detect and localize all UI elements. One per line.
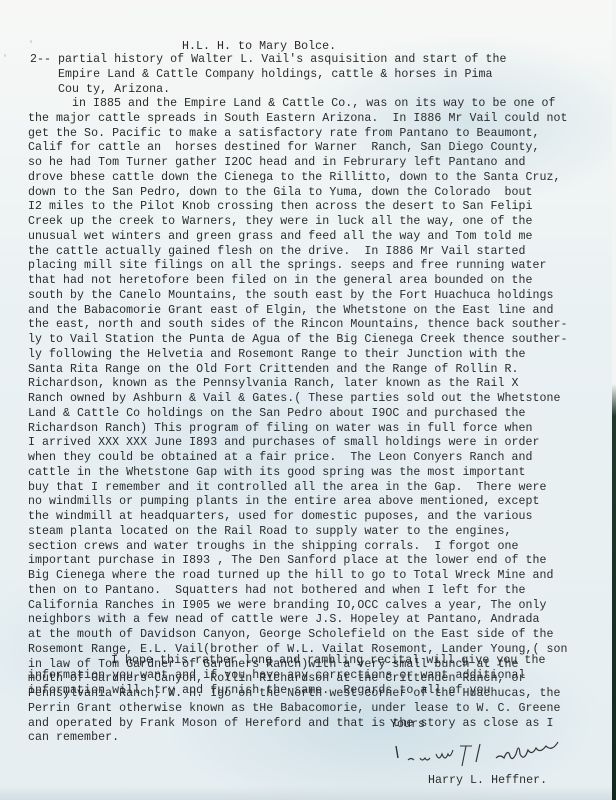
letter-closing: Yours (390, 718, 425, 732)
text-line: cattle in the Whetstone Gap with its goo… (28, 466, 526, 480)
letter-heading: H.L. H. to Mary Bolce. (182, 40, 336, 54)
text-line: unusual wet winters and green grass and … (28, 230, 533, 244)
text-line: I arrived XXX XXX June I893 and purchase… (28, 436, 540, 450)
text-line: Cou ty, Arizona. (30, 83, 170, 97)
text-line: so he had Tom Turner gather I2OC head an… (28, 156, 526, 170)
text-line: Creek up the creek to Warners, they were… (28, 215, 533, 229)
text-line: information will try and furnish the sam… (28, 684, 491, 698)
text-line: Santa Rita Range on the Old Fort Critten… (28, 363, 519, 377)
text-line: Richardson Ranch) This program of filing… (28, 422, 533, 436)
text-line: neighbors with a few nead of cattle were… (28, 613, 540, 627)
text-line: steam planta located on the Rail Road to… (28, 525, 512, 539)
text-line: in I885 and the Empire Land & Cattle Co.… (72, 97, 556, 111)
text-line: I2 miles to the Pilot Knob crossing then… (28, 200, 533, 214)
text-line: 2-- partial history of Walter L. Vail's … (30, 53, 507, 67)
text-line: get the So. Pacific to make a satisfacto… (28, 127, 540, 141)
text-line: Empire Land & Cattle Company holdings, c… (30, 68, 493, 82)
text-line: Land & Cattle Co holdings on the San Ped… (28, 407, 526, 421)
text-line: no windmills or pumping plants in the en… (28, 495, 540, 509)
text-line: and the Babacomorie Grant east of Elgin,… (28, 304, 554, 318)
text-line: placing mill site filings on all the spr… (28, 259, 547, 273)
text-line: ly to Vail Station the Punta de Agua of … (28, 333, 568, 347)
text-line: the major cattle spreads in South Easter… (28, 112, 568, 126)
text-line: the windmill at headquarters, used for d… (28, 510, 533, 524)
text-line: Richardson, known as the Pennsylvania Ra… (28, 377, 519, 391)
text-line: the east, north and south sides of the R… (28, 318, 568, 332)
text-line: Ranch owned by Ashburn & Vail & Gates.( … (28, 392, 561, 406)
text-line: Calif for cattle an horses destined for … (28, 141, 540, 155)
ink-speck (30, 40, 32, 43)
text-line: and operated by Frank Moson of Hereford … (28, 717, 554, 731)
page-bottom-shadow (0, 786, 612, 800)
text-line: south by the Canelo Mountains, the south… (28, 289, 554, 303)
handwritten-signature (392, 740, 616, 772)
text-line: buy that I remember and it controlled al… (28, 481, 547, 495)
page-edge-border (612, 0, 616, 800)
text-line: can remember. (28, 731, 119, 745)
ink-speck (4, 54, 6, 57)
text-line: drove bhese cattle down the Cienega to t… (28, 171, 561, 185)
text-line: Perrin Grant otherwise known as tHe Baba… (28, 702, 561, 716)
text-line: Big Cienega where the road turned up the… (28, 569, 554, 583)
text-line: ly following the Helvetia and Rosemont R… (28, 348, 526, 362)
text-line: when they could be obtained at a fair pr… (28, 451, 533, 465)
text-line: then on to Pantano. Squatters had not bo… (28, 584, 526, 598)
text-line: important purchase in I893 , The Den San… (28, 554, 547, 568)
text-line: the cattle actually gained flesh on the … (28, 245, 526, 259)
text-line: California Ranches in I905 we were brand… (28, 599, 547, 613)
text-line: down to the San Pedro, down to the Gila … (28, 186, 533, 200)
typed-signature-name: Harry L. Heffner. (428, 774, 547, 788)
text-line: I hope this rather long and rambling rec… (111, 654, 545, 668)
text-line: section crews and water troughs in the s… (28, 540, 519, 554)
text-line: information you want and if you have any… (28, 669, 526, 683)
text-line: at the mouth of Davidson Canyon, George … (28, 628, 554, 642)
text-line: that had not heretofore been filed on in… (28, 274, 533, 288)
